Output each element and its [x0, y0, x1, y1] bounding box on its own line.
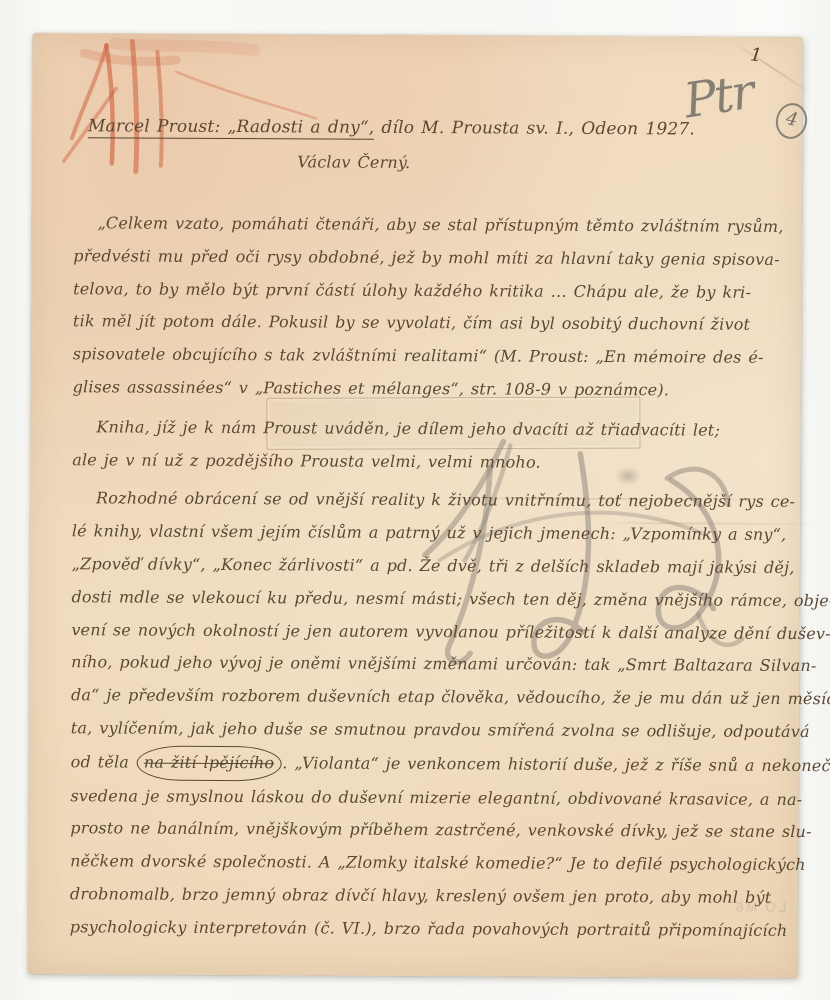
manuscript-line: ního, pokud jeho vývoj je oněmi vnějšími… — [71, 647, 779, 684]
manuscript-line: da“ je především rozborem duševních etap… — [71, 679, 779, 716]
manuscript-line: glises assassinées“ v „Pastiches et méla… — [73, 371, 781, 408]
manuscript-line: lé knihy, vlastní všem jejím číslům a pa… — [72, 515, 780, 552]
circled-number-text: 4 — [784, 108, 800, 131]
manuscript-text: Marcel Proust: „Radosti a dny“,dílo M. P… — [70, 109, 782, 947]
paragraph-2: Kniha, jíž je k nám Proust uváděn, je dí… — [72, 411, 780, 480]
manuscript-line: Kniha, jíž je k nám Proust uváděn, je dí… — [72, 411, 780, 448]
manuscript-line: něčkem dvorské společnosti. A „Zlomky it… — [70, 845, 778, 882]
paragraph-1: „Celkem vzato, pomáhati čtenáři, aby se … — [73, 207, 782, 407]
paragraph-3: Rozhodné obrácení se od vnější reality k… — [70, 483, 780, 948]
manuscript-paper: 1 Ptr 4 Marcel Proust: „Radosti a dny“,d… — [28, 33, 803, 978]
line-segment: od těla — [71, 752, 136, 771]
manuscript-line: drobnomalb, brzo jemný obraz dívčí hlavy… — [70, 878, 778, 915]
manuscript-line: ale je v ní už z pozdějšího Prousta velm… — [72, 444, 780, 481]
manuscript-line: spisovatele obcujícího s tak zvláštními … — [73, 338, 781, 375]
manuscript-line: prosto ne banálním, vnějškovým příběhem … — [70, 813, 778, 850]
manuscript-line: „Celkem vzato, pomáhati čtenáři, aby se … — [73, 207, 781, 244]
manuscript-line: telova, to by mělo být první částí úlohy… — [73, 273, 781, 310]
title-line: Marcel Proust: „Radosti a dny“,dílo M. P… — [74, 109, 782, 147]
deleted-phrase: na žití lpějícího — [137, 745, 282, 781]
manuscript-line: „Zpověď dívky“, „Konec žárlivosti“ a pd.… — [72, 548, 780, 585]
bleedthrough-stamp: LO M6 — [734, 899, 787, 915]
manuscript-line: tik měl jít potom dále. Pokusil by se vy… — [73, 306, 781, 343]
author-line: Václav Černý. — [297, 152, 410, 172]
line-segment: . „Violanta“ je venkoncem historií duše,… — [282, 753, 830, 775]
manuscript-line: dosti mdle se vlekoucí ku předu, nesmí m… — [71, 581, 779, 618]
manuscript-line: Rozhodné obrácení se od vnější reality k… — [72, 483, 780, 520]
manuscript-line: předvésti mu před oči rysy obdobné, jež … — [73, 240, 781, 277]
title-underlined: Marcel Proust: „Radosti a dny“, — [88, 116, 375, 139]
manuscript-line-with-deletion: od těla na žití lpějícího. „Violanta“ je… — [71, 745, 779, 784]
manuscript-line: vení se nových okolností je jen autorem … — [71, 614, 779, 651]
manuscript-line: psychologicky interpretován (č. VI.), br… — [70, 911, 778, 948]
title-rest: dílo M. Prousta sv. I., Odeon 1927. — [381, 118, 695, 140]
manuscript-line: ta, vylíčením, jak jeho duše se smutnou … — [71, 712, 779, 749]
manuscript-line: svedena je smyslnou láskou do duševní mi… — [70, 780, 778, 817]
author-line-wrap: Václav Černý. — [74, 143, 634, 182]
